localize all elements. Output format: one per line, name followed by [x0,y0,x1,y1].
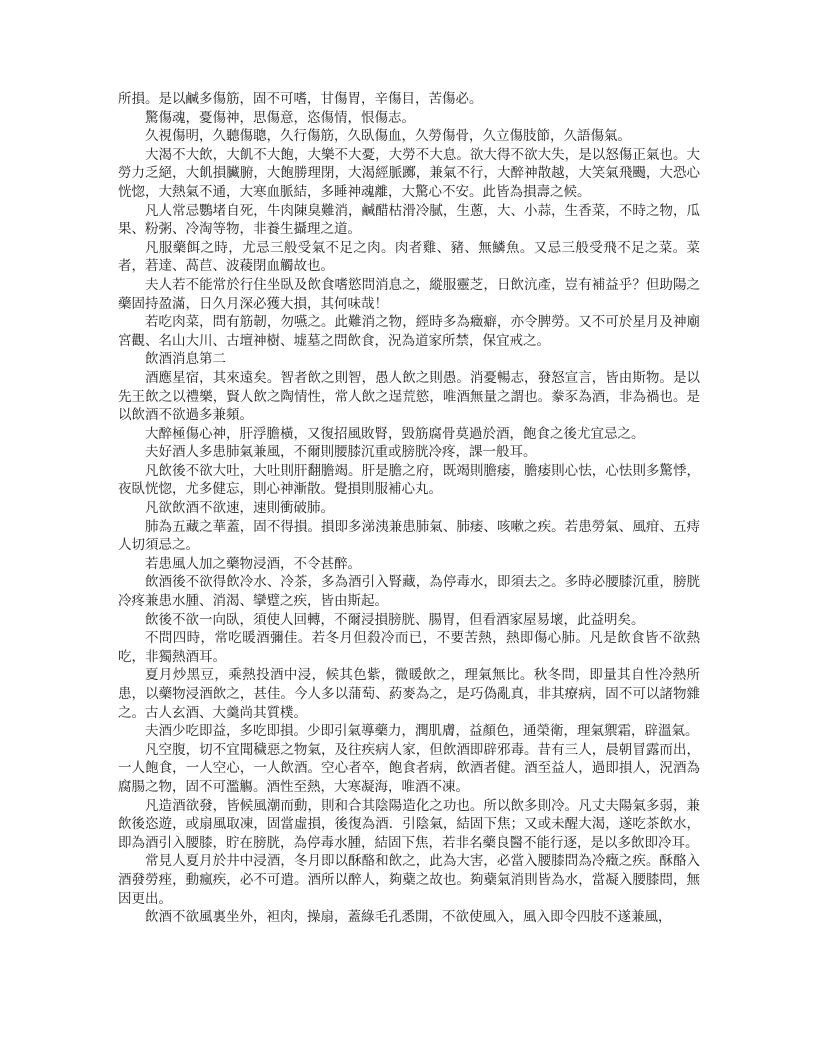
paragraph: 若患風人加之藥物浸酒，不令甚醉。 [118,555,700,574]
paragraph: 不問四時，常吃暖酒彌佳。若冬月但殺冷而已，不要苦熱，熱即傷心肺。凡是飲食皆不欲熱… [118,629,700,666]
paragraph: 凡空腹，切不宜聞穢惡之物氣，及往疾病人家，但飲酒即辟邪毒。昔有三人，晨朝冒露而出… [118,741,700,797]
document-page: 所損。是以鹹多傷筋，固不可嗜，甘傷胃，辛傷目，苦傷必。驚傷魂，憂傷神，思傷意，恣… [118,90,700,927]
paragraph: 夫人若不能常於行住坐臥及飲食嗜慾問消息之，縱服靈芝，日飲沆產，豈有補益乎？但助陽… [118,276,700,313]
paragraph: 驚傷魂，憂傷神，思傷意，恣傷情，恨傷志。 [118,109,700,128]
paragraph: 酒應星宿，其來遠矣。智者飲之則智，愚人飲之則愚。消憂暢志，發怒宣言，皆由斯物。是… [118,369,700,425]
section-heading: 飲酒消息第二 [118,350,700,369]
paragraph: 若吃肉菜，問有筋韌，勿嚥之。此難消之物，經時多為癥癖，亦令脾勞。又不可於星月及神… [118,313,700,350]
paragraph: 飲後不欲一向臥，須使人回轉，不爾浸損膀胱、腸胃，但看酒家屋易壞，此益明矣。 [118,611,700,630]
paragraph: 飲酒後不欲得飲冷水、冷茶，多為酒引入腎藏，為停毒水，即須去之。多時必腰膝沉重，膀… [118,573,700,610]
paragraph: 飲酒不欲風裏坐外，袒肉，操扇，蓋綠毛孔悉開，不欲使風入，風入即令四肢不遂兼風， [118,908,700,927]
paragraph: 凡服藥餌之時，尤忌三般受氣不足之肉。肉者雞、豬、無鱗魚。又忌三般受飛不足之菜。菜… [118,239,700,276]
paragraph: 凡飲後不欲大吐，大吐則肝翻膽竭。肝是膽之府，既竭則膽痿，膽痿則心怯，心怯則多驚悸… [118,462,700,499]
paragraph: 常見人夏月於井中浸酒，冬月即以酥酪和飲之，此為大害，必當入腰膝問為冷癥之疾。酥酪… [118,852,700,908]
paragraph: 夫好酒人多患肺氣兼風，不爾則腰膝沉重或膀胱冷疼，課一般耳。 [118,443,700,462]
paragraph: 凡造酒欲發，皆候風潮而動，則和合其陰陽造化之功也。所以飲多則冷。凡丈夫陽氣多弱，… [118,797,700,853]
paragraph: 所損。是以鹹多傷筋，固不可嗜，甘傷胃，辛傷目，苦傷必。 [118,90,700,109]
paragraph: 凡欲飲酒不欲速，速則衝破肺。 [118,499,700,518]
paragraph: 大醉極傷心神，肝浮膽橫，又復招風敗腎，毀筋腐骨莫過於酒，飽食之後尤宜忌之。 [118,425,700,444]
paragraph: 夫酒少吃即益，多吃即損。少即引氣導藥力，潤肌膚，益顏色，通榮衛，理氣禦霜，辟溫氣… [118,722,700,741]
paragraph: 久視傷明，久聽傷聰，久行傷筋，久臥傷血，久勞傷骨，久立傷肢節，久語傷氣。 [118,127,700,146]
paragraph: 凡人常忌鸚堵自死，牛肉陳臭難消，鹹醋枯滑冷膩，生蔥，大、小蒜，生香菜，不時之物，… [118,202,700,239]
paragraph: 大渴不大飲，大飢不大飽，大樂不大憂，大勞不大息。欲大得不欲大失，是以怒傷正氣也。… [118,146,700,202]
paragraph: 夏月炒黑豆，乘熱投酒中浸，候其色紫，微暖飲之，理氣無比。秋冬問，即量其自性冷熱所… [118,666,700,722]
paragraph: 肺為五藏之華蓋，固不得損。損即多涕洟兼患肺氣、肺痿、咳嗽之疾。若患勞氣、風疳、五… [118,518,700,555]
